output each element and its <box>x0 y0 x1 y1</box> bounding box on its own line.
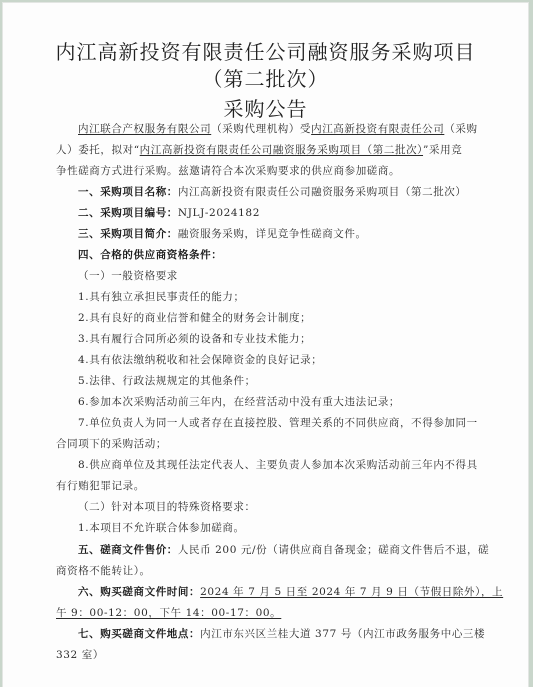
project-name: 内江高新投资有限责任公司融资服务采购项目（第二批次） <box>140 144 423 156</box>
section-3: 三、采购项目简介：融资服务采购，详见竞争性磋商文件。 <box>78 227 367 241</box>
title-line-1: 内江高新投资有限责任公司融资服务采购项目 <box>3 36 528 65</box>
section-5: 五、磋商文件售价：人民币 200 元/份（请供应商自备现金；磋商文件售后不退，磋 <box>78 543 489 557</box>
general-requirements-heading: （一）一般资格要求 <box>78 269 178 283</box>
requirement-item-cont: 有行贿犯罪记录。 <box>56 479 145 493</box>
intro-line-2: 人）委托，拟对“内江高新投资有限责任公司融资服务采购项目（第二批次）”采用竞 <box>56 143 462 157</box>
special-requirement-item: 1.本项目不允许联合体参加磋商。 <box>78 521 245 535</box>
requirement-item: 7.单位负责人为同一人或者存在直接控股、管理关系的不同供应商，不得参加同一 <box>78 416 478 430</box>
section-4-heading: 四、合格的供应商资格条件： <box>78 248 222 262</box>
requirement-item: 3.具有履行合同所必须的设备和专业技术能力； <box>78 332 311 346</box>
section-2: 二、采购项目编号：NJLJ-2024182 <box>78 206 260 220</box>
section-5-cont: 商资格不能转让）。 <box>56 564 151 578</box>
requirement-item: 8.供应商单位及其现任法定代表人、主要负责人参加本次采购活动前三年内不得具 <box>78 458 478 472</box>
intro-line-3: 争性磋商方式进行采购。兹邀请符合本次采购要求的供应商参加磋商。 <box>56 164 400 178</box>
requirement-item: 1.具有独立承担民事责任的能力； <box>78 290 245 304</box>
document-page: 内江高新投资有限责任公司融资服务采购项目 （第二批次） 采购公告 内江联合产权服… <box>3 3 528 687</box>
section-7: 七、购买磋商文件地点：内江市东兴区兰桂大道 377 号（内江市政务服务中心三楼 <box>78 627 485 641</box>
purchaser-name: 内江高新投资有限责任公司 <box>311 123 444 135</box>
requirement-item: 6.参加本次采购活动前三年内，在经营活动中没有重大违法记录； <box>78 395 400 409</box>
section-7-cont: 332 室） <box>56 648 104 662</box>
section-6-cont: 午 9：00-12：00，下午 14：00-17：00。 <box>56 606 281 620</box>
section-1: 一、采购项目名称：内江高新投资有限责任公司融资服务采购项目（第二批次） <box>78 185 467 199</box>
title-line-3: 采购公告 <box>3 93 528 122</box>
requirement-item: 4.具有依法缴纳税收和社会保障资金的良好记录； <box>78 353 322 367</box>
requirement-item-cont: 合同项下的采购活动； <box>56 437 167 451</box>
special-requirements-heading: （二）针对本项目的特殊资格要求： <box>78 500 256 514</box>
section-6: 六、购买磋商文件时间：2024 年 7 月 5 日至 2024 年 7 月 9 … <box>78 585 503 599</box>
requirement-item: 5.法律、行政法规规定的其他条件； <box>78 374 256 388</box>
requirement-item: 2.具有良好的商业信誉和健全的财务会计制度； <box>78 311 311 325</box>
agent-name: 内江联合产权服务有限公司 <box>78 123 211 135</box>
intro-line-1: 内江联合产权服务有限公司（采购代理机构）受内江高新投资有限责任公司（采购 <box>78 122 478 136</box>
title-line-2: （第二批次） <box>3 63 528 92</box>
